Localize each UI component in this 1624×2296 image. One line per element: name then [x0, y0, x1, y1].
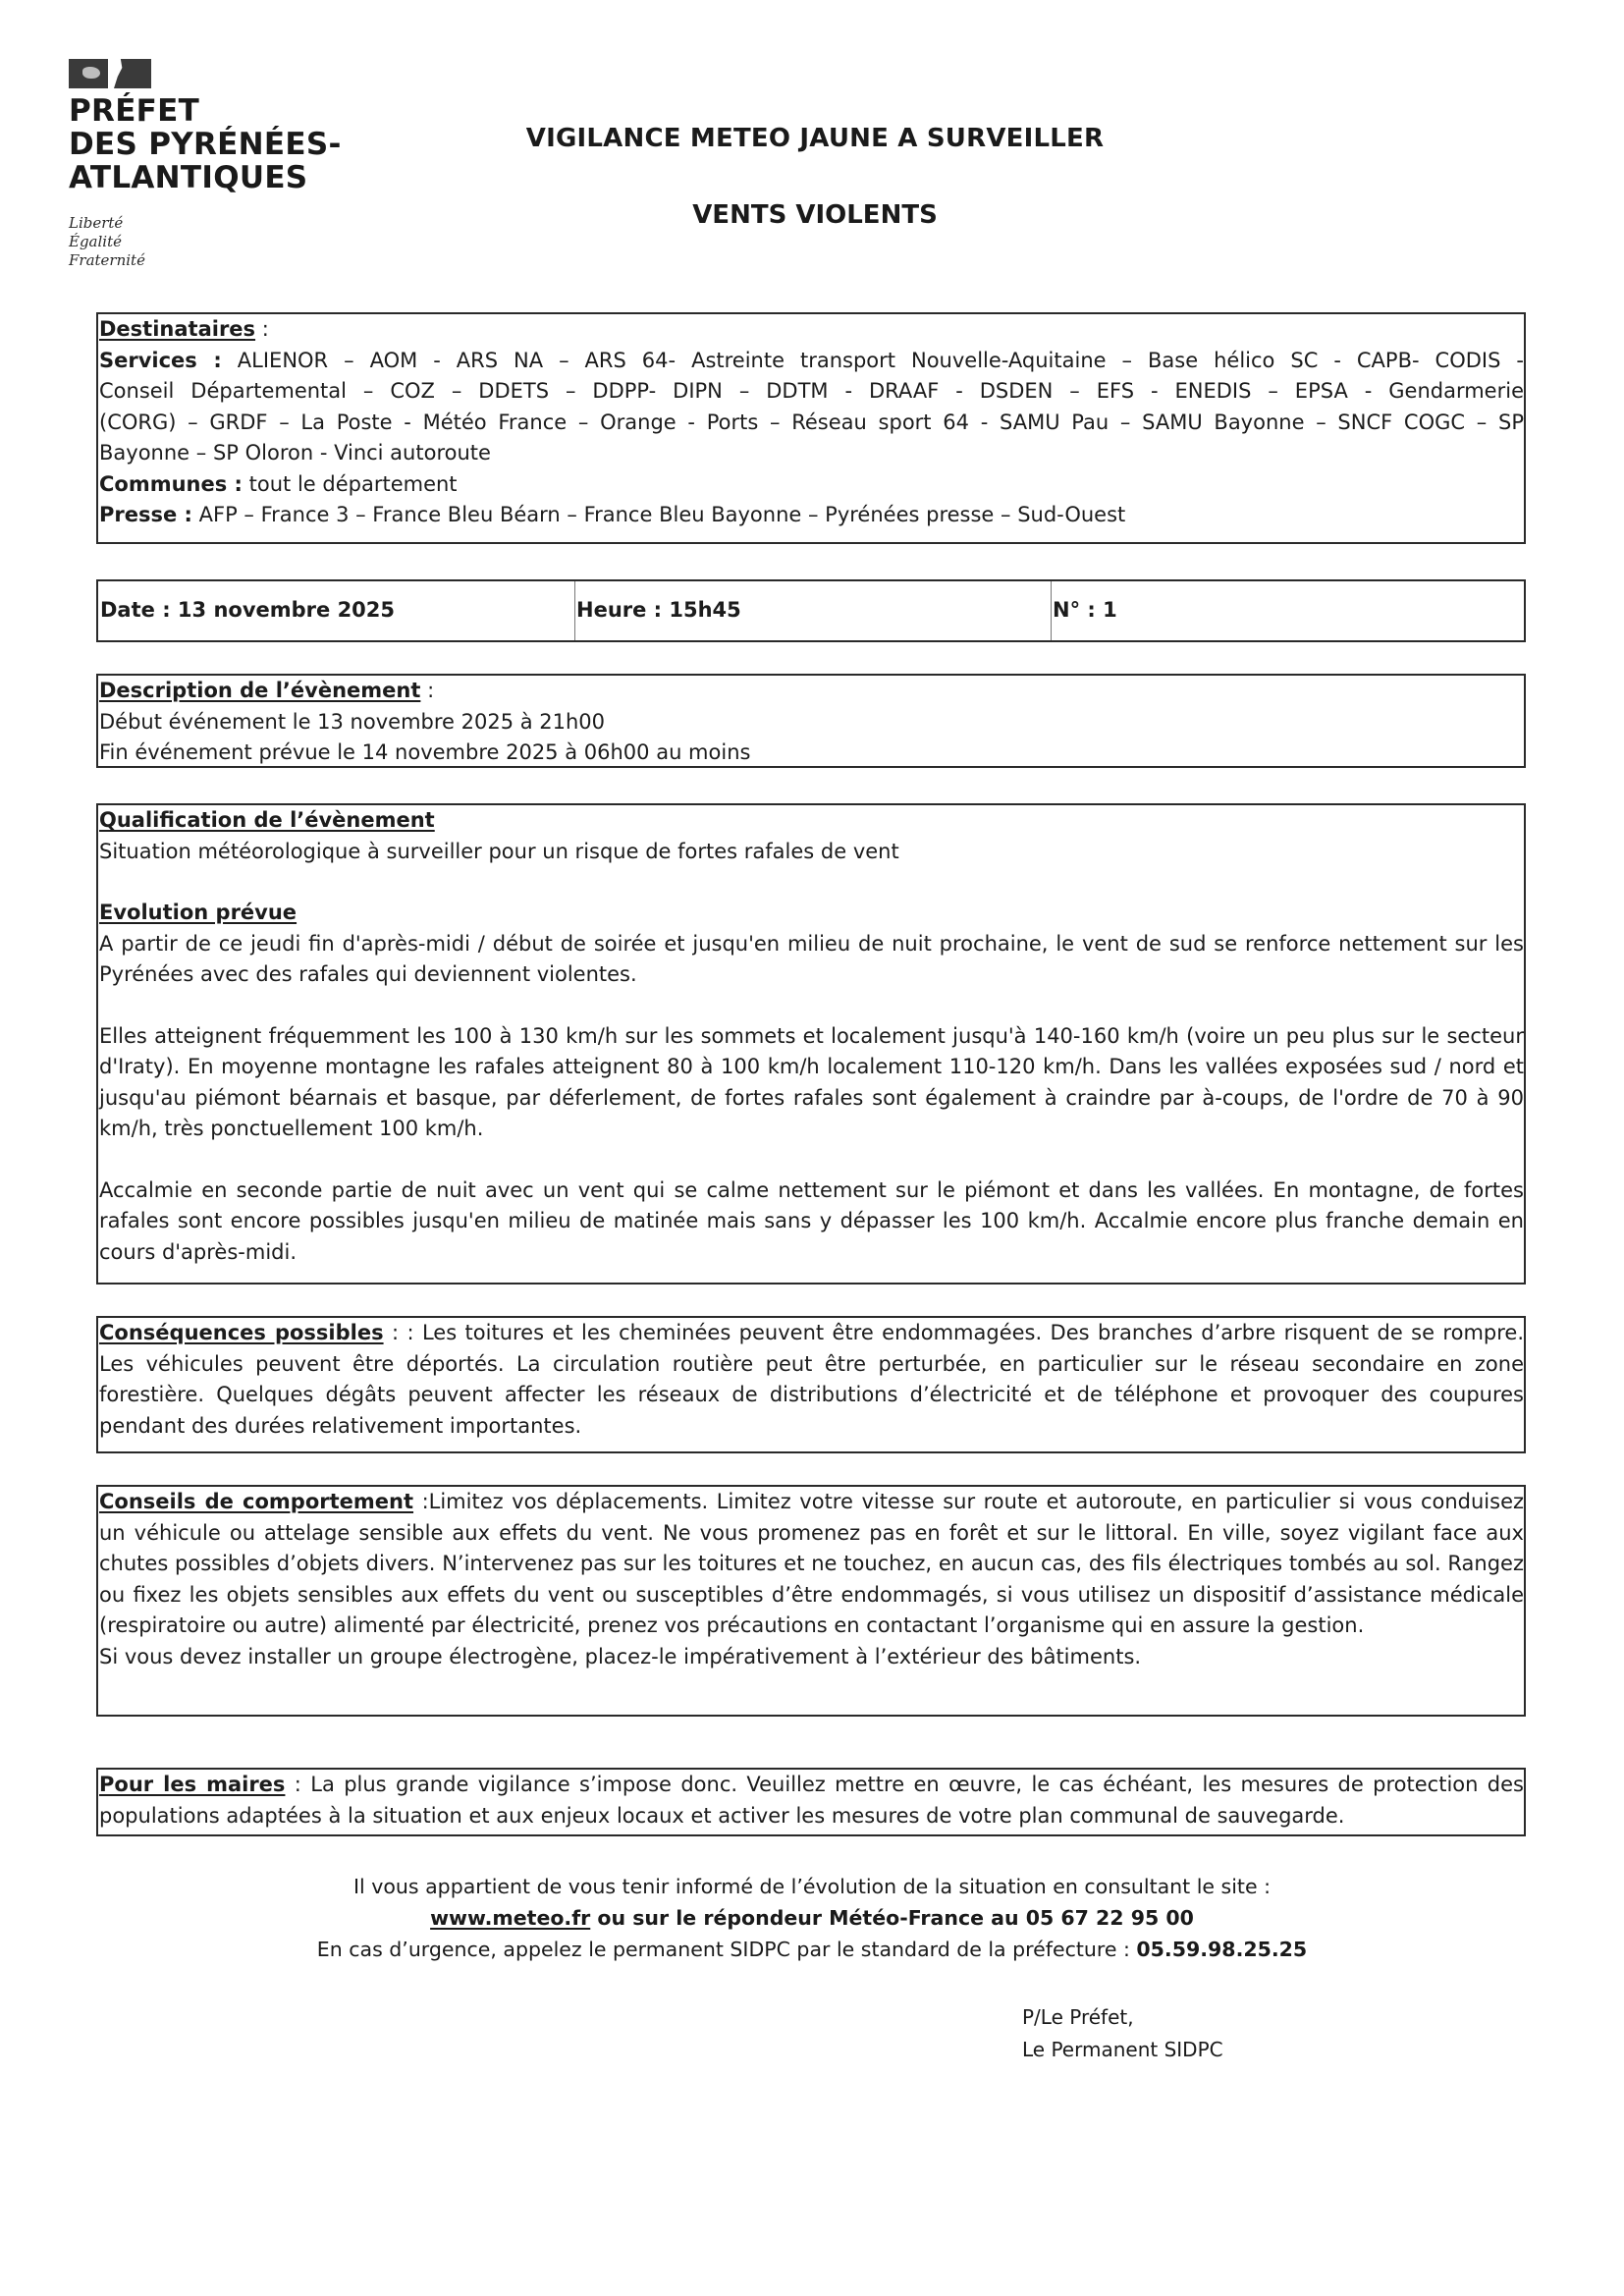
recipients-box: Destinataires : Services : ALIENOR – AOM… — [96, 312, 1526, 544]
evolution-paragraph: Elles atteignent fréquemment les 100 à 1… — [99, 1021, 1524, 1145]
prefecture-name-line: DES PYRÉNÉES- — [69, 128, 342, 161]
meteo-website-link[interactable]: www.meteo.fr — [430, 1906, 590, 1930]
urgence-phone: 05.59.98.25.25 — [1136, 1938, 1307, 1961]
document-subtitle: VENTS VIOLENTS — [471, 200, 1159, 230]
info-line: Il vous appartient de vous tenir informé… — [157, 1871, 1467, 1902]
motto-line: Égalité — [69, 233, 145, 251]
evolution-paragraph: Accalmie en seconde partie de nuit avec … — [99, 1175, 1524, 1269]
marianne-logo-icon — [69, 59, 159, 88]
qualification-text: Situation météorologique à surveiller po… — [99, 837, 1524, 868]
meteo-phone: ou sur le répondeur Météo-France au 05 6… — [590, 1906, 1194, 1930]
evolution-paragraph: A partir de ce jeudi fin d'après-midi / … — [99, 929, 1524, 991]
services-label: Services : — [99, 349, 222, 372]
communes-line: Communes : tout le département — [99, 469, 1524, 501]
consequences-box: Conséquences possibles : : Les toitures … — [96, 1316, 1526, 1453]
document-title: VIGILANCE METEO JAUNE A SURVEILLER — [471, 124, 1159, 153]
event-end: Fin événement prévue le 14 novembre 2025… — [99, 738, 1524, 769]
services-line: Bayonne – SP Oloron - Vinci autoroute — [99, 438, 1524, 469]
services-line: Conseil Départemental – COZ – DDETS – DD… — [99, 376, 1524, 408]
prefecture-name-line: ATLANTIQUES — [69, 161, 342, 194]
presse-label: Presse : — [99, 503, 192, 526]
services-line: Services : ALIENOR – AOM - ARS NA – ARS … — [99, 346, 1524, 377]
motto-line: Liberté — [69, 214, 145, 233]
presse-value: AFP – France 3 – France Bleu Béarn – Fra… — [192, 503, 1125, 526]
bulletin-number: N° : 1 — [1052, 581, 1524, 640]
recipients-heading-line: Destinataires : — [99, 314, 1524, 346]
event-description-box: Description de l’évènement : Début événe… — [96, 674, 1526, 768]
consequences-heading: Conséquences possibles — [99, 1321, 384, 1344]
urgence-line: En cas d’urgence, appelez le permanent S… — [157, 1934, 1467, 1965]
footer-info: Il vous appartient de vous tenir informé… — [157, 1871, 1467, 1965]
mayors-heading: Pour les maires — [99, 1773, 285, 1796]
description-heading-line: Description de l’évènement : — [99, 676, 1524, 707]
prefecture-name-line: PRÉFET — [69, 94, 342, 128]
presse-line: Presse : AFP – France 3 – France Bleu Bé… — [99, 500, 1524, 531]
advice-heading: Conseils de comportement — [99, 1490, 413, 1513]
advice-box: Conseils de comportement :Limitez vos dé… — [96, 1485, 1526, 1717]
consequences-paragraph: Conséquences possibles : : Les toitures … — [99, 1318, 1524, 1442]
motto-line: Fraternité — [69, 251, 145, 270]
bulletin-time: Heure : 15h45 — [575, 581, 1052, 640]
mayors-text: : La plus grande vigilance s’impose donc… — [99, 1773, 1524, 1828]
signature-line: P/Le Préfet, — [1022, 2001, 1223, 2034]
evolution-heading: Evolution prévue — [99, 898, 1524, 929]
flag-block-icon — [114, 59, 151, 88]
description-heading: Description de l’évènement — [99, 679, 420, 702]
meteo-contact-line: www.meteo.fr ou sur le répondeur Météo-F… — [157, 1902, 1467, 1934]
services-text: ALIENOR – AOM - ARS NA – ARS 64- Astrein… — [222, 349, 1524, 372]
prefecture-name: PRÉFET DES PYRÉNÉES- ATLANTIQUES — [69, 94, 342, 194]
mayors-paragraph: Pour les maires : La plus grande vigilan… — [99, 1770, 1524, 1831]
advice-paragraph: Conseils de comportement :Limitez vos dé… — [99, 1487, 1524, 1642]
generator-advice: Si vous devez installer un groupe électr… — [99, 1642, 1524, 1673]
urgence-text: En cas d’urgence, appelez le permanent S… — [317, 1938, 1137, 1961]
bulletin-info-box: Date : 13 novembre 2025 Heure : 15h45 N°… — [96, 579, 1526, 642]
heading-suffix: : — [420, 679, 434, 702]
communes-label: Communes : — [99, 472, 243, 496]
mayors-box: Pour les maires : La plus grande vigilan… — [96, 1768, 1526, 1836]
signature-block: P/Le Préfet, Le Permanent SIDPC — [1022, 2001, 1223, 2066]
marianne-profile-icon — [69, 59, 108, 88]
event-start: Début événement le 13 novembre 2025 à 21… — [99, 707, 1524, 738]
services-line: (CORG) – GRDF – La Poste - Météo France … — [99, 408, 1524, 439]
qualification-heading: Qualification de l’évènement — [99, 805, 1524, 837]
event-qualification-box: Qualification de l’évènement Situation m… — [96, 803, 1526, 1285]
republic-motto: Liberté Égalité Fraternité — [69, 214, 145, 270]
bulletin-date: Date : 13 novembre 2025 — [99, 581, 575, 640]
recipients-heading: Destinataires — [99, 317, 255, 341]
communes-value: tout le département — [243, 472, 458, 496]
heading-suffix: : — [255, 317, 269, 341]
signature-line: Le Permanent SIDPC — [1022, 2034, 1223, 2066]
